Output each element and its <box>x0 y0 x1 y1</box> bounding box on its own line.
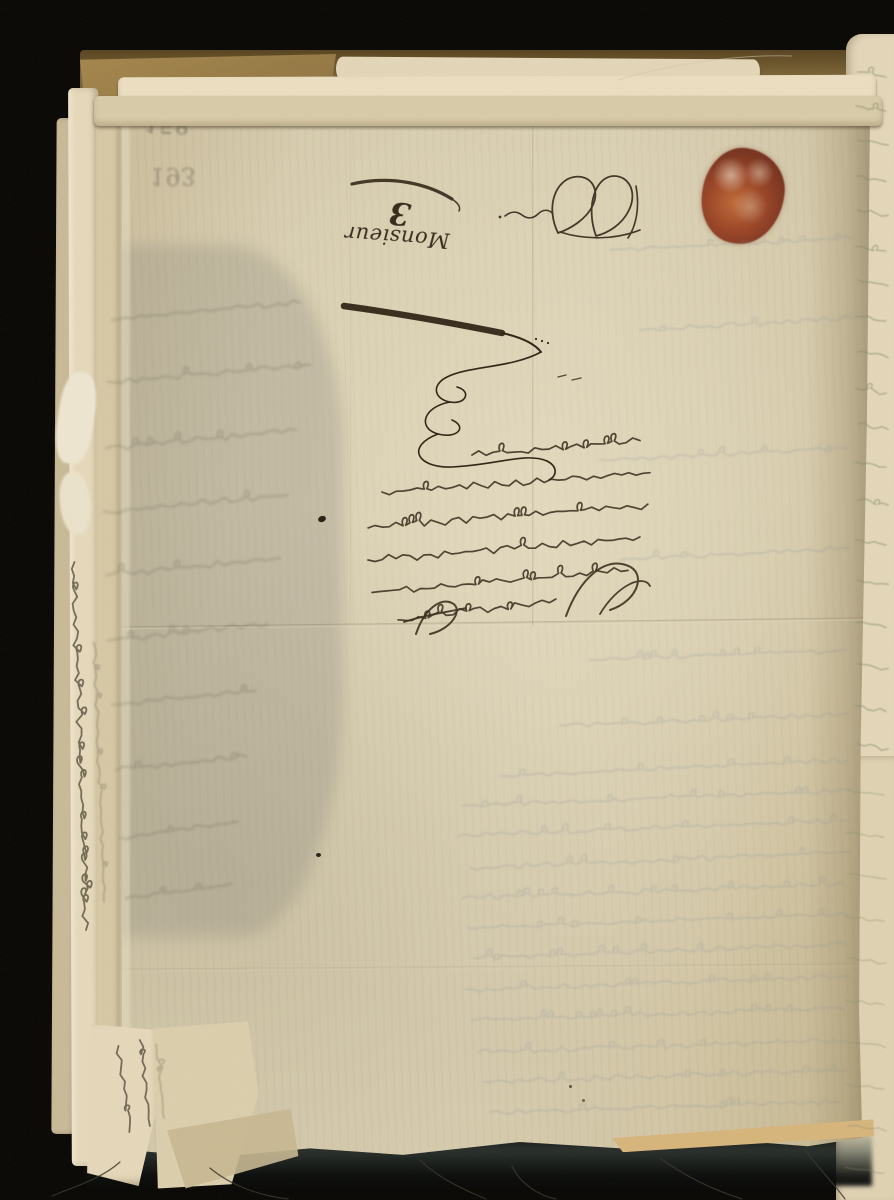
photo-vignette <box>0 0 894 1200</box>
archive-photo-stage: 158 193 Monsieur 3 <box>0 0 894 1200</box>
